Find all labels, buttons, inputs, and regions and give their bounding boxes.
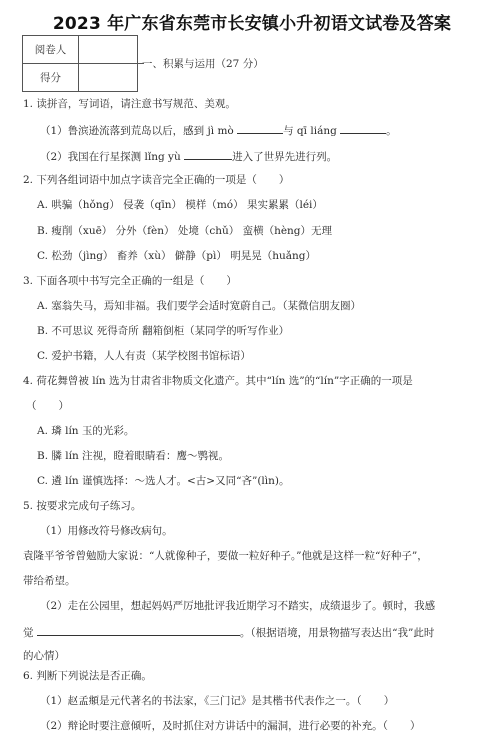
q4-option-a: A. 璘 lín 玉的光彩。 (37, 424, 134, 438)
grader-score-table: 阅卷人 得分 (22, 35, 138, 92)
q1-sub2-text-b: 进入了世界先进行列。 (232, 151, 337, 163)
q6-sub1-close: ） (384, 695, 395, 707)
q4-paren-open: （ (26, 400, 37, 412)
q2-stem-text: 2. 下列各组词语中加点字读音完全正确的一项是（ (23, 174, 257, 186)
q1-sub1-text-a: （1）鲁滨逊流落到荒岛以后，感到 jì mò (40, 125, 237, 137)
q5-sub-2-line-3: 的心情） (23, 649, 65, 663)
q6-sub-1: （1）赵孟頫是元代著名的书法家，《三门记》是其楷书代表作之一。（） (40, 694, 394, 708)
score-label: 得分 (23, 64, 79, 92)
q2-stem-close: ） (279, 174, 290, 186)
answer-blank-lingyu[interactable] (184, 148, 232, 160)
q2-option-b: B. 瘦削（xuē） 分外（fèn） 处境（chǔ） 蛮横（hèng）无理 (37, 224, 332, 238)
q3-option-b: B. 不可思议 死得奇所 翻箱倒柜（某同学的听写作业） (37, 324, 289, 338)
q6-sub2-close: ） (410, 720, 421, 732)
grader-field[interactable] (79, 36, 138, 64)
q6-sub1-text: （1）赵孟頫是元代著名的书法家，《三门记》是其楷书代表作之一。（ (40, 695, 362, 707)
q3-option-c: C. 爱护书籍，人人有责（某学校图书馆标语） (37, 349, 251, 363)
question-4-stem: 4. 荷花舞曾被 lín 选为甘肃省非物质文化遗产。其中“lín 选”的“lín… (23, 374, 413, 388)
question-6-stem: 6. 判断下列说法是否正确。 (23, 669, 152, 683)
answer-blank-jimo[interactable] (237, 122, 283, 134)
q2-option-c: C. 松劲（jìng） 畜养（xù） 僻静（pì） 明晃晃（huǎng） (37, 249, 316, 263)
q2-option-a: A. 哄骗（hǒng） 侵袭（qīn） 模样（mó） 果实累累（léi） (37, 198, 323, 212)
q3-stem-close: ） (226, 275, 237, 287)
q6-sub2-text: （2）辩论时要注意倾听，及时抓住对方讲话中的漏洞，进行必要的补充。（ (40, 720, 388, 732)
question-4-answer-paren: （） (26, 399, 69, 413)
answer-blank-scenery[interactable] (37, 624, 240, 636)
q5-sub-1-sentence-line-2: 带给希望。 (23, 574, 76, 588)
q4-option-b: B. 膦 lín 注视，瞪着眼睛看：鹰～鹗视。 (37, 449, 229, 463)
q5-sub-1-sentence-line-1: 袁隆平爷爷曾勉励大家说：“人就像种子，要做一粒好种子。”他就是这样一粒“好种子”… (23, 549, 428, 563)
q5-sub2-text-a: 觉 (23, 627, 37, 639)
question-1-stem: 1. 读拼音，写词语，请注意书写规范、美观。 (23, 97, 236, 111)
document-title: 2023 年广东省东莞市长安镇小升初语文试卷及答案 (0, 9, 504, 34)
score-field[interactable] (79, 64, 138, 92)
question-2-stem: 2. 下列各组词语中加点字读音完全正确的一项是（） (23, 173, 289, 187)
question-3-stem: 3. 下面各项中书写完全正确的一组是（） (23, 274, 237, 288)
q1-sub1-text-c: 。 (386, 125, 397, 137)
answer-blank-qiliang[interactable] (340, 122, 386, 134)
q5-sub-1-label: （1）用修改符号修改病句。 (40, 524, 173, 538)
q4-paren-close: ） (59, 400, 70, 412)
q5-sub2-text-b: 。（根据语境，用景物描写表达出“我”此时 (240, 627, 435, 639)
q5-sub-2-line-1: （2）走在公园里，想起妈妈严厉地批评我近期学习不踏实，成绩退步了。顿时，我感 (40, 599, 435, 613)
q3-stem-text: 3. 下面各项中书写完全正确的一组是（ (23, 275, 204, 287)
question-1-sub-2: （2）我国在行星探测 lǐng yù 进入了世界先进行列。 (40, 148, 337, 164)
q1-sub2-text-a: （2）我国在行星探测 lǐng yù (40, 151, 184, 163)
section-heading: 一、积累与运用（27 分） (142, 56, 264, 71)
q4-option-c: C. 遴 lín 谨慎选择：～选人才。<古>又同“吝”(lìn)。 (37, 474, 290, 488)
q1-sub1-text-b: 与 qī liáng (283, 125, 340, 137)
q6-sub-2: （2）辩论时要注意倾听，及时抓住对方讲话中的漏洞，进行必要的补充。（） (40, 719, 420, 733)
q5-sub-2-line-2: 觉 。（根据语境，用景物描写表达出“我”此时 (23, 624, 434, 640)
q3-option-a: A. 塞翁失马，焉知非福。我们要学会适时宽蔚自己。（某微信朋友圈） (37, 299, 361, 313)
question-5-stem: 5. 按要求完成句子练习。 (23, 499, 141, 513)
question-1-sub-1: （1）鲁滨逊流落到荒岛以后，感到 jì mò 与 qī liáng 。 (40, 122, 397, 138)
grader-label: 阅卷人 (23, 36, 79, 64)
